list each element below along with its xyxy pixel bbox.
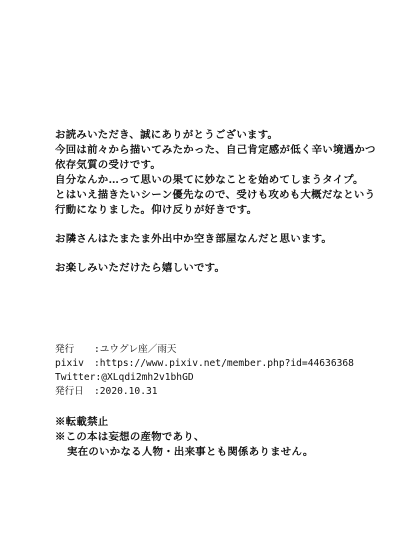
- afterword-line: 今回は前々から描いてみたかった、自己肯定感が低く辛い境遇かつ: [55, 143, 355, 158]
- fiction-disclaimer-cont: 実在のいかなる人物・出来事とも関係ありません。: [55, 445, 375, 460]
- twitter-handle: :@XLqdi2mh2v1bhGD: [95, 372, 193, 383]
- paragraph-gap: [55, 218, 355, 232]
- afterword-line: お楽しみいただけたら嬉しいです。: [55, 261, 355, 276]
- legal-notice: ※転載禁止 ※この本は妄想の産物であり、 実在のいかなる人物・出来事とも関係あり…: [55, 415, 375, 460]
- no-reprint-notice: ※転載禁止: [55, 415, 375, 430]
- pixiv-label: pixiv: [55, 357, 94, 371]
- afterword-line: 依存気質の受けです。: [55, 158, 355, 173]
- pixiv-url: :https://www.pixiv.net/member.php?id=446…: [94, 358, 354, 369]
- afterword-text: お読みいただき、誠にありがとうございます。 今回は前々から描いてみたかった、自己…: [55, 128, 355, 276]
- afterword-page: お読みいただき、誠にありがとうございます。 今回は前々から描いてみたかった、自己…: [0, 0, 400, 557]
- colophon-date: 発行日:2020.10.31: [55, 385, 365, 399]
- twitter-label: Twitter: [55, 371, 95, 385]
- colophon: 発行:ユウグレ座／雨天 pixiv:https://www.pixiv.net/…: [55, 343, 365, 399]
- afterword-line: 自分なんか…って思いの果てに妙なことを始めてしまうタイプ。: [55, 173, 355, 188]
- colophon-twitter: Twitter:@XLqdi2mh2v1bhGD: [55, 371, 365, 385]
- colophon-publisher: 発行:ユウグレ座／雨天: [55, 343, 365, 357]
- date-label: 発行日: [55, 385, 94, 399]
- publisher-label: 発行: [55, 343, 94, 357]
- fiction-disclaimer: ※この本は妄想の産物であり、: [55, 430, 375, 445]
- afterword-line: とはいえ描きたいシーン優先なので、受けも攻めも大概だなという: [55, 188, 355, 203]
- afterword-line: お読みいただき、誠にありがとうございます。: [55, 128, 355, 143]
- colophon-pixiv: pixiv:https://www.pixiv.net/member.php?i…: [55, 357, 365, 371]
- publisher-value: :ユウグレ座／雨天: [94, 344, 177, 355]
- paragraph-gap: [55, 247, 355, 261]
- afterword-line: 行動になりました。仰け反りが好きです。: [55, 203, 355, 218]
- date-value: :2020.10.31: [94, 386, 158, 397]
- afterword-line: お隣さんはたまたま外出中か空き部屋なんだと思います。: [55, 232, 355, 247]
